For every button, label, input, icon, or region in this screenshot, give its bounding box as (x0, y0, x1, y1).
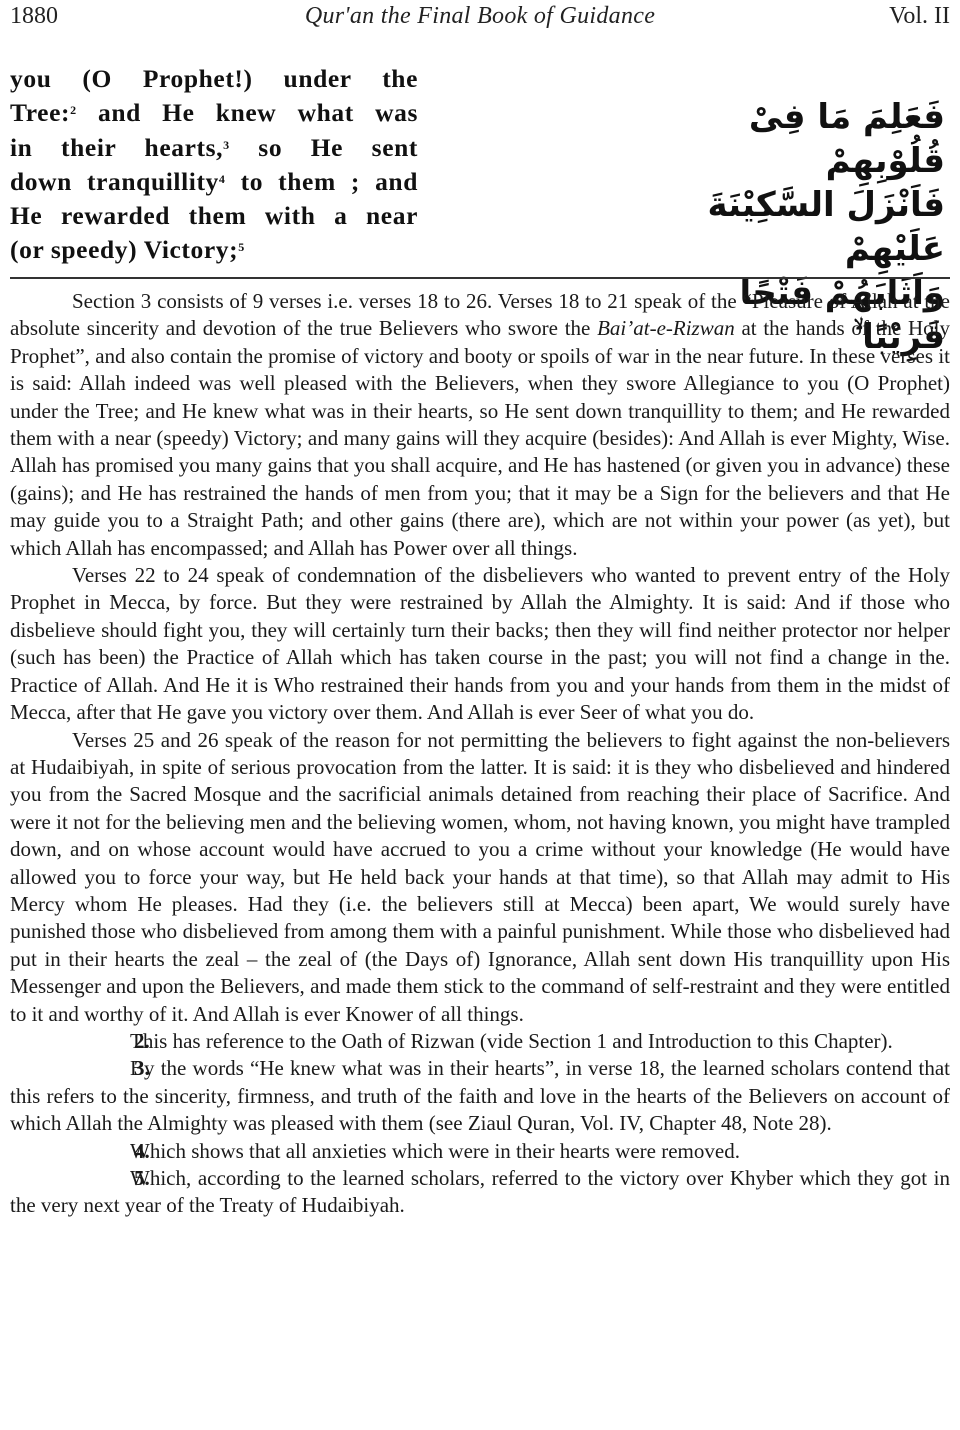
footnote-ref: 3 (223, 138, 230, 152)
verse-line: in their hearts,3 so He sent (10, 131, 418, 165)
commentary-body: Section 3 consists of 9 verses i.e. vers… (10, 288, 950, 1220)
commentary-paragraph: Verses 25 and 26 speak of the reason for… (10, 727, 950, 1028)
arabic-line: فَعَلِمَ مَا فِىْ قُلُوْبِهِمْ (695, 95, 945, 183)
volume-label: Vol. II (889, 3, 950, 30)
verse-translation: you (O Prophet!) under the Tree:2 and He… (10, 62, 418, 268)
verse-line: (or speedy) Victory;5 (10, 233, 418, 267)
arabic-line: فَاَنْزَلَ السَّكِيْنَةَ عَلَيْهِمْ (695, 183, 945, 271)
footnote-number: 5. (72, 1165, 130, 1192)
book-title: Qur'an the Final Book of Guidance (10, 3, 950, 30)
verse-line: down tranquillity4 to them ; and (10, 165, 418, 199)
footnote-number: 2. (72, 1028, 130, 1055)
commentary-paragraph: Verses 22 to 24 speak of condemnation of… (10, 562, 950, 726)
footnote: 2.This has reference to the Oath of Rizw… (10, 1028, 950, 1055)
footnote: 3.By the words “He knew what was in thei… (10, 1055, 950, 1137)
footnote: 5.Which, according to the learned schola… (10, 1165, 950, 1220)
footnote: 4.Which shows that all anxieties which w… (10, 1138, 950, 1165)
verse-line: Tree:2 and He knew what was (10, 96, 418, 130)
footnote-ref: 4 (219, 172, 226, 186)
footnote-ref: 2 (70, 103, 77, 117)
footnote-number: 3. (72, 1055, 130, 1082)
verse-line: He rewarded them with a near (10, 199, 418, 233)
verse-line: you (O Prophet!) under the (10, 62, 418, 96)
footnote-ref: 5 (238, 240, 245, 254)
book-page: 1880 Qur'an the Final Book of Guidance V… (0, 0, 960, 1430)
commentary-paragraph: Section 3 consists of 9 verses i.e. vers… (10, 288, 950, 562)
horizontal-rule (10, 277, 950, 279)
footnote-number: 4. (72, 1138, 130, 1165)
running-header: 1880 Qur'an the Final Book of Guidance V… (10, 3, 950, 33)
